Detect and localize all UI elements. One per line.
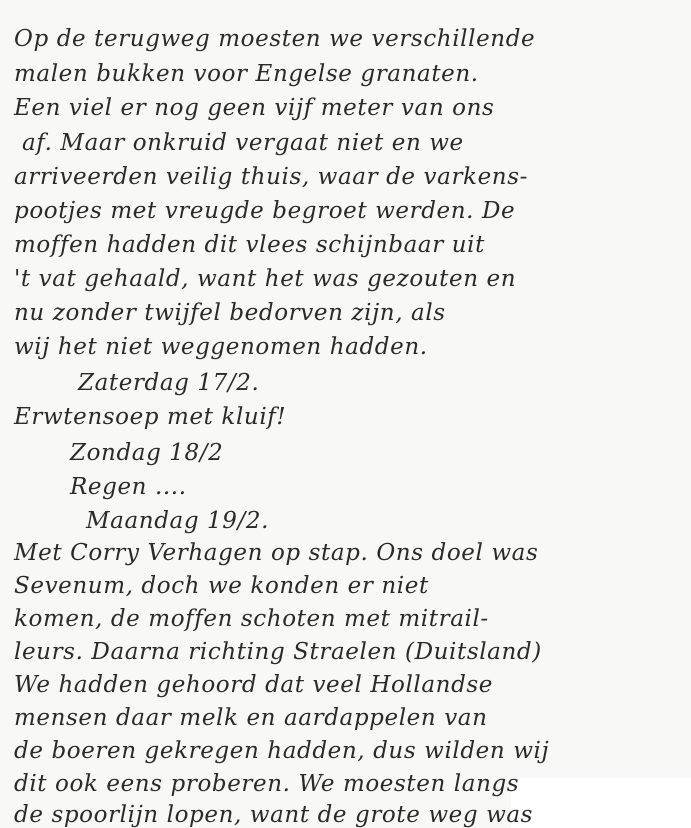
text-line: pootjes met vreugde begroet werden. De bbox=[14, 198, 515, 224]
text-line: af. Maar onkruid vergaat niet en we bbox=[22, 130, 464, 156]
text-line: de boeren gekregen hadden, dus wilden wi… bbox=[14, 738, 549, 764]
diary-page: Op de terugweg moesten we verschillende … bbox=[0, 0, 691, 828]
text-line: 't vat gehaald, want het was gezouten en bbox=[14, 266, 516, 292]
text-line: wij het niet weggenomen hadden. bbox=[14, 334, 428, 360]
text-line: de spoorlijn lopen, want de grote weg wa… bbox=[14, 802, 533, 828]
text-line: arriveerden veilig thuis, waar de varken… bbox=[14, 164, 528, 190]
date-heading: Maandag 19/2. bbox=[86, 508, 269, 534]
text-line: mensen daar melk en aardappelen van bbox=[14, 705, 488, 731]
text-line: Op de terugweg moesten we verschillende bbox=[14, 26, 674, 52]
text-line: nu zonder twijfel bedorven zijn, als bbox=[14, 300, 446, 326]
scan-corner-patch bbox=[511, 778, 691, 828]
text-line: malen bukken voor Engelse granaten. bbox=[14, 61, 479, 87]
text-line: Sevenum, doch we konden er niet bbox=[14, 573, 429, 599]
text-line: Met Corry Verhagen op stap. Ons doel was bbox=[14, 540, 538, 566]
text-line: We hadden gehoord dat veel Hollandse bbox=[14, 672, 493, 698]
date-heading: Zaterdag 17/2. bbox=[78, 370, 259, 396]
text-line: dit ook eens proberen. We moesten langs bbox=[14, 771, 519, 797]
date-heading: Zondag 18/2 bbox=[70, 440, 223, 466]
text-line: Regen .... bbox=[70, 474, 187, 500]
text-line: Een viel er nog geen vijf meter van ons bbox=[14, 95, 494, 121]
text-line: Erwtensoep met kluif! bbox=[14, 404, 286, 430]
text-line: komen, de moffen schoten met mitrail- bbox=[14, 606, 489, 632]
text-line: leurs. Daarna richting Straelen (Duitsla… bbox=[14, 639, 542, 665]
text-line: moffen hadden dit vlees schijnbaar uit bbox=[14, 232, 485, 258]
